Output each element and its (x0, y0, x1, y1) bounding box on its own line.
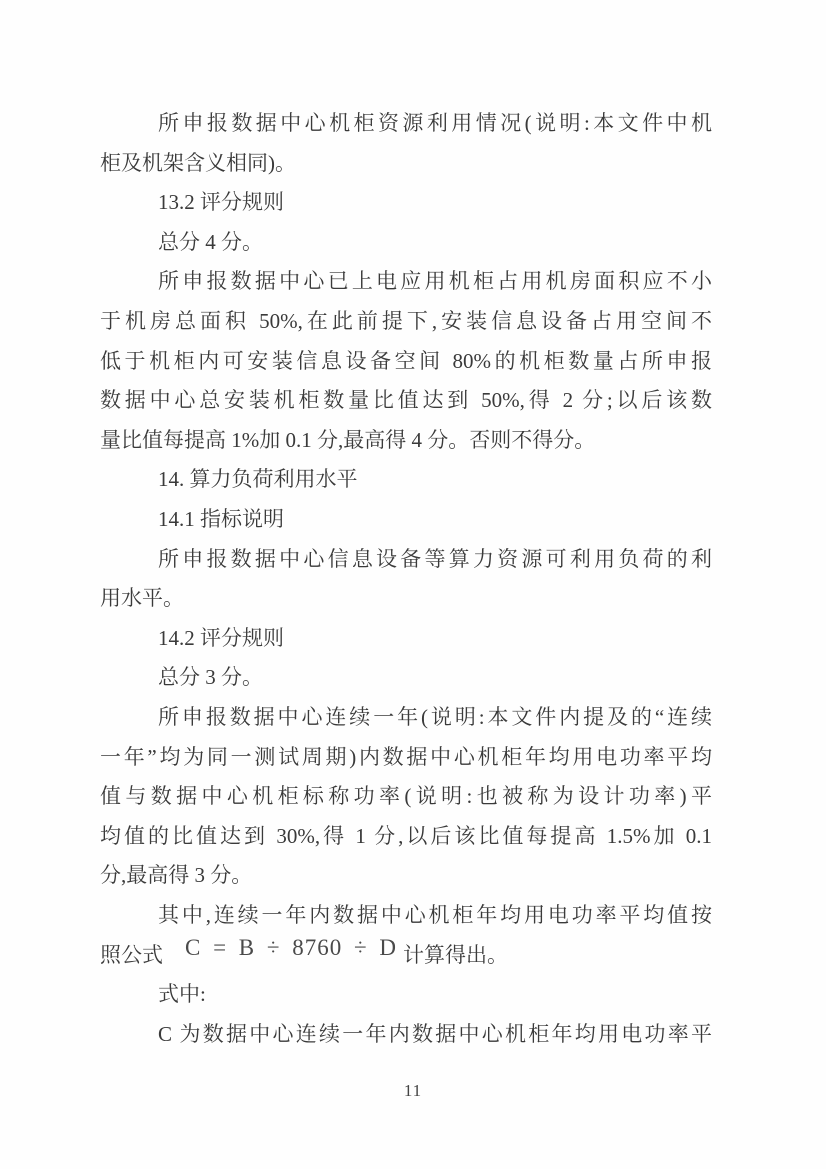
text-line: 14.2 评分规则 (100, 619, 712, 659)
formula-prefix: 照公式 (100, 943, 163, 967)
text-line: 所申报数据中心机柜资源利用情况(说明:本文件中机 (100, 104, 712, 144)
text-line: 低于机柜内可安装信息设备空间 80%的机柜数量占所申报 (100, 342, 712, 382)
text-line: 分,最高得 3 分。 (100, 856, 712, 896)
formula-suffix: 计算得出。 (403, 943, 508, 967)
formula-line: 照公式C = B ÷ 8760 ÷ D计算得出。 (100, 935, 712, 975)
text-line: 柜及机架含义相同)。 (100, 144, 712, 184)
text-line: 均值的比值达到 30%,得 1 分,以后该比值每提高 1.5%加 0.1 (100, 817, 712, 857)
inline-formula: C = B ÷ 8760 ÷ D (185, 935, 397, 960)
text-line: 其中,连续一年内数据中心机柜年均用电功率平均值按 (100, 896, 712, 936)
text-line: 14.1 指标说明 (100, 500, 712, 540)
text-line: 13.2 评分规则 (100, 183, 712, 223)
text-line: 14. 算力负荷利用水平 (100, 460, 712, 500)
text-line: C 为数据中心连续一年内数据中心机柜年均用电功率平 (100, 1015, 712, 1055)
text-line: 所申报数据中心已上电应用机柜占用机房面积应不小 (100, 262, 712, 302)
page-number: 11 (0, 1080, 826, 1102)
text-line: 于机房总面积 50%,在此前提下,安装信息设备占用空间不 (100, 302, 712, 342)
text-line: 所申报数据中心信息设备等算力资源可利用负荷的利 (100, 540, 712, 580)
text-line: 量比值每提高 1%加 0.1 分,最高得 4 分。否则不得分。 (100, 421, 712, 461)
text-line: 总分 4 分。 (100, 223, 712, 263)
document-body: 所申报数据中心机柜资源利用情况(说明:本文件中机柜及机架含义相同)。13.2 评… (100, 104, 712, 1054)
text-line: 所申报数据中心连续一年(说明:本文件内提及的“连续 (100, 698, 712, 738)
text-line: 数据中心总安装机柜数量比值达到 50%,得 2 分;以后该数 (100, 381, 712, 421)
text-line: 值与数据中心机柜标称功率(说明:也被称为设计功率)平 (100, 777, 712, 817)
text-line: 总分 3 分。 (100, 658, 712, 698)
text-line: 一年”均为同一测试周期)内数据中心机柜年均用电功率平均 (100, 738, 712, 778)
text-line: 用水平。 (100, 579, 712, 619)
document-page: 所申报数据中心机柜资源利用情况(说明:本文件中机柜及机架含义相同)。13.2 评… (0, 0, 826, 1169)
text-line: 式中: (100, 975, 712, 1015)
